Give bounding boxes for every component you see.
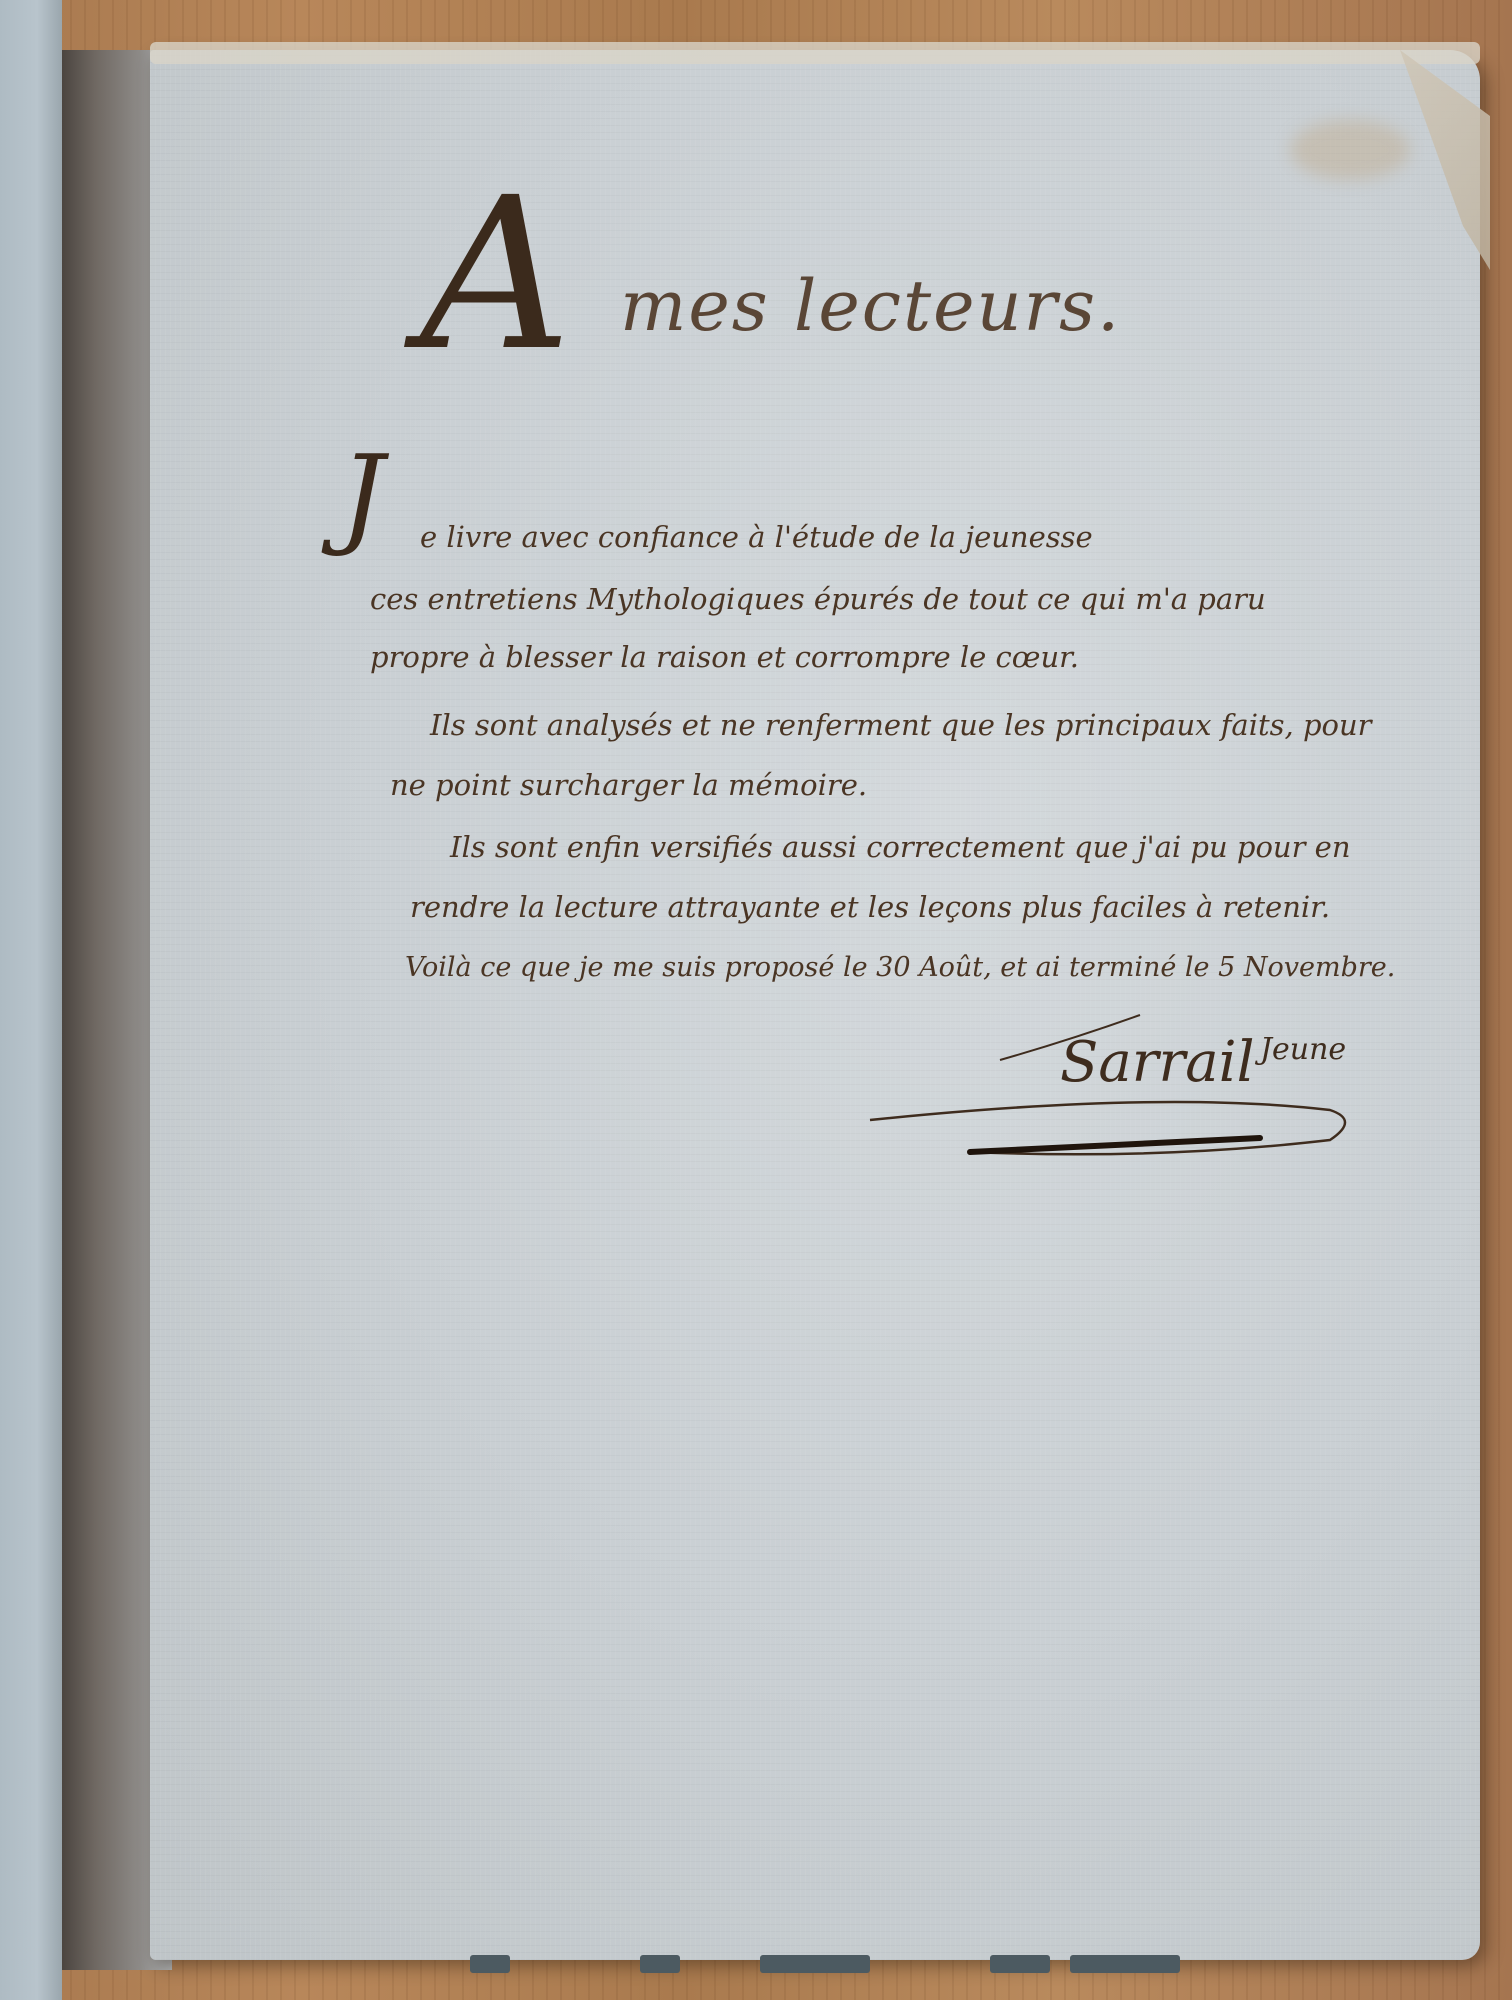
- page-title: A mes lecteurs.: [420, 170, 1180, 390]
- title-text: mes lecteurs.: [620, 265, 1121, 347]
- text-line-1: e livre avec confiance à l'étude de la j…: [420, 520, 1093, 554]
- text-line-7: rendre la lecture attrayante et les leço…: [410, 890, 1330, 924]
- binding-thread: [470, 1955, 510, 1973]
- text-line-3: propre à blesser la raison et corrompre …: [370, 640, 1079, 674]
- text-line-2: ces entretiens Mythologiques épurés de t…: [370, 582, 1266, 616]
- binding-thread: [1070, 1955, 1180, 1973]
- title-capital: A: [420, 170, 572, 380]
- text-line-8: Voilà ce que je me suis proposé le 30 Ao…: [405, 952, 1395, 983]
- previous-page-edge: [0, 0, 62, 2000]
- binding-thread: [990, 1955, 1050, 1973]
- text-line-6: Ils sont enfin versifiés aussi correctem…: [450, 830, 1351, 864]
- text-line-4: Ils sont analysés et ne renferment que l…: [430, 708, 1372, 742]
- signature-name: Sarrail: [1060, 1030, 1255, 1095]
- text-line-5: ne point surcharger la mémoire.: [390, 768, 867, 802]
- binding-thread: [760, 1955, 870, 1973]
- signature-suffix: Jeune: [1260, 1032, 1346, 1067]
- page-top-edge: [150, 42, 1480, 64]
- paper-stain: [1290, 120, 1410, 180]
- binding-thread: [640, 1955, 680, 1973]
- drop-cap: J: [340, 440, 384, 550]
- signature: Sarrail Jeune: [860, 1010, 1420, 1180]
